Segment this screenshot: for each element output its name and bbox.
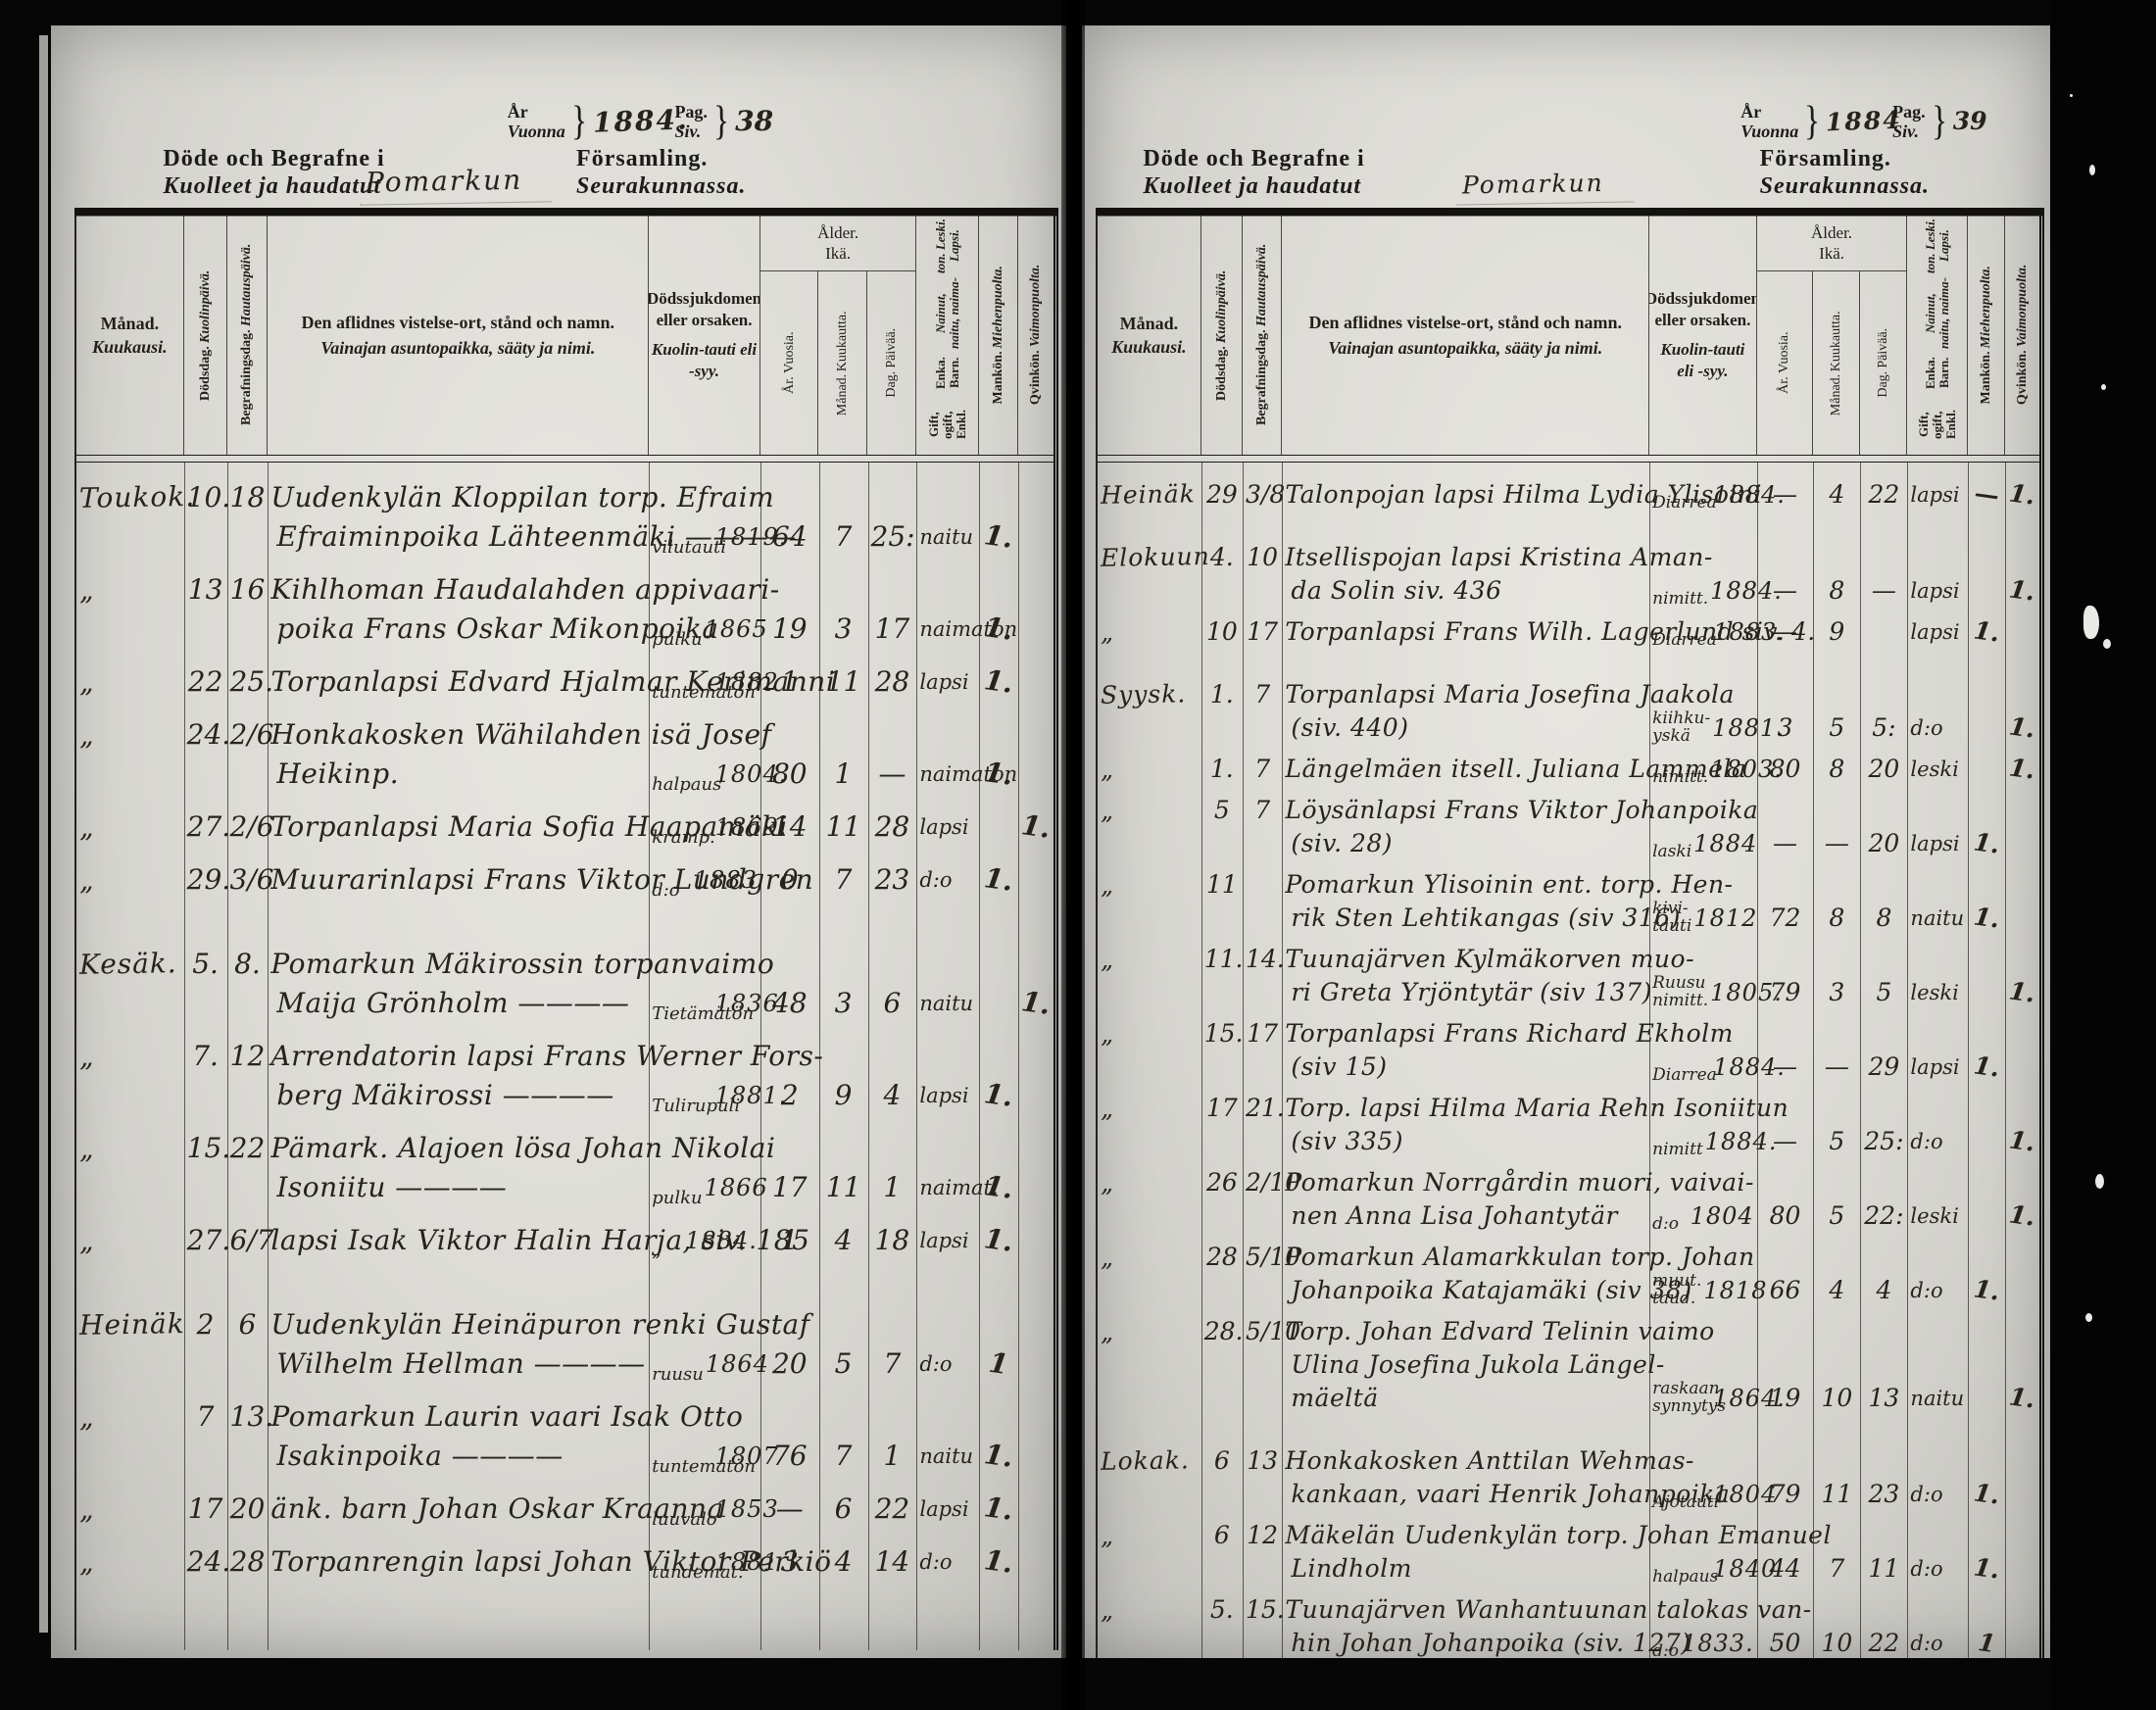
civil-status: naitu — [1907, 1382, 1968, 1415]
male-tally: 1 — [1966, 1624, 2008, 1658]
name-line: Tuunajärven Wanhantuunan talokas van- — [1285, 1593, 1646, 1627]
row-month: „ — [1098, 942, 1201, 977]
film-edge — [2050, 0, 2156, 1710]
row-burial-day: 10 — [1243, 541, 1282, 574]
status-fi-2: ton. Leski. Lapsi. — [934, 218, 961, 274]
register-row: „24.28Torpanrengin lapsi Johan Viktor Pe… — [76, 1542, 1053, 1582]
name-line: nen Anna Lisa Johantytär — [1291, 1199, 1646, 1233]
row-cause-cell: nimitt1884. — [1649, 1125, 1757, 1158]
row-name: Pomarkun Norrgårdin muori, vaivai-nen An… — [1282, 1166, 1649, 1233]
cause-of-death: tuntematön — [652, 1457, 712, 1476]
col-age-years: År.Vuosia. — [1757, 271, 1813, 455]
register-row: „1721.Torp. lapsi Hilma Maria Rehn Isoni… — [1098, 1092, 2039, 1158]
civil-status: d:o — [1907, 1627, 1968, 1658]
age-years: 20 — [760, 1344, 819, 1384]
col-month-sv: Månad. — [1120, 312, 1179, 335]
cause-of-death: Diarrea — [1652, 631, 1711, 649]
col-civil-status: Gift, ogift, Enkl. Enka. Barn. Nainut, n… — [916, 216, 979, 455]
row-name: Torpanlapsi Maria Josefina Jaakola(siv. … — [1282, 678, 1649, 745]
row-burial-day: 8. — [227, 945, 269, 984]
col-month: Månad. Kuukausi. — [76, 216, 184, 455]
civil-status: d:o — [916, 1542, 979, 1582]
row-name: Torpanlapsi Edvard Hjalmar Kerimanni — [268, 662, 649, 702]
col-death-day-fi: Kuolinpäivä. — [198, 270, 213, 343]
row-month: „ — [76, 661, 184, 703]
civil-status: leski — [1907, 753, 1968, 786]
register-row: Kesäk.5.8.Pomarkun Mäkirossin torpanvaim… — [76, 945, 1053, 1023]
age-months: 5 — [819, 1344, 868, 1384]
age-years: — — [1757, 1125, 1814, 1158]
age-years: 1 — [760, 1221, 819, 1260]
row-cause-cell: halpaus1804. — [649, 755, 760, 794]
register-table: Månad. Kuukausi. Dödsdag.Kuolinpäivä. Be… — [1096, 216, 2044, 1658]
age-months: 11 — [819, 807, 868, 847]
row-name: Pomarkun Alamarkkulan torp. JohanJohanpo… — [1282, 1241, 1649, 1307]
row-month: „ — [1098, 1314, 1201, 1349]
parish-suffix-sv: Församling. — [1760, 145, 1930, 172]
year-label-sv: År — [508, 102, 565, 122]
title-fi: Kuolleet ja haudatut — [163, 172, 384, 200]
age-days: 29 — [1860, 1050, 1907, 1084]
row-month: Lokak. — [1098, 1443, 1201, 1479]
row-name: Talonpojan lapsi Hilma Lydia Ylisoini — [1282, 478, 1649, 512]
birth-year: 1883 — [694, 860, 758, 900]
col-name: Den aflidnes vistelse-ort, stånd och nam… — [1282, 216, 1649, 455]
name-line: Torpanlapsi Frans Richard Ekholm — [1285, 1017, 1646, 1050]
row-name: Itsellispojan lapsi Kristina Aman-da Sol… — [1282, 541, 1649, 608]
male-tally: 1 — [977, 1342, 1021, 1386]
col-death-day-sv: Dödsdag. — [1214, 346, 1229, 401]
row-cause-cell: ruusu1864 — [649, 1344, 760, 1384]
age-months: 7 — [819, 860, 868, 900]
male-tally: 1. — [1966, 1048, 2008, 1086]
brace-glyph: } — [713, 102, 729, 141]
year-value: 1884 — [1826, 104, 1903, 140]
cause-of-death: kivi- tauti — [1652, 900, 1691, 935]
female-tally: 1. — [2003, 974, 2039, 1011]
male-tally — [979, 1020, 1017, 1026]
register-row: „1720änk. barn Johan Oskar Kraannaluuval… — [76, 1490, 1053, 1529]
row-name: Pomarkun Ylisoinin ent. torp. Hen-rik St… — [1282, 868, 1649, 935]
row-name: Pämark. Alajoen lösa Johan NikolaiIsonii… — [268, 1129, 649, 1207]
civil-status: lapsi — [916, 1490, 979, 1529]
age-years: 17 — [760, 1168, 819, 1207]
female-tally — [1018, 1474, 1053, 1479]
civil-status: lapsi — [1907, 478, 1968, 512]
age-days: 28 — [868, 807, 917, 847]
age-months: — — [1813, 827, 1860, 860]
name-line: Honkakosken Anttilan Wehmas- — [1285, 1444, 1646, 1478]
male-tally: 1. — [977, 660, 1021, 704]
age-months: 8 — [1813, 574, 1860, 608]
age-months: 5 — [1813, 1199, 1860, 1233]
title-row: Döde och Begrafne i Kuolleet ja haudatut… — [1096, 145, 2044, 206]
row-burial-day: 20 — [227, 1490, 269, 1529]
cause-of-death: ruusu — [652, 1365, 704, 1384]
name-line: rik Sten Lehtikangas (siv 316) — [1291, 902, 1646, 935]
age-months: 3 — [1813, 976, 1860, 1009]
row-burial-day: 14. — [1243, 943, 1282, 976]
name-line: Torpanlapsi Maria Josefina Jaakola — [1285, 678, 1646, 711]
parish-suffix: Församling. Seurakunnassa. — [576, 145, 746, 200]
row-cause-cell: d:o1883 — [649, 860, 760, 900]
col-male-sv: Mankön. — [991, 352, 1005, 405]
male-tally: 1. — [1966, 612, 2008, 651]
age-days: 18 — [868, 1221, 917, 1260]
row-cause-cell: Diarrea1884. — [1649, 478, 1757, 512]
name-line: Itsellispojan lapsi Kristina Aman- — [1285, 541, 1646, 574]
parish-suffix-sv: Församling. — [576, 145, 746, 172]
age-days: 22 — [1860, 1627, 1907, 1658]
age-days: 1 — [868, 1168, 917, 1207]
register-row: Elokuun4.10Itsellispojan lapsi Kristina … — [1098, 541, 2039, 608]
age-days: — — [1860, 574, 1907, 608]
row-cause-cell: luuvalo1853 — [649, 1490, 760, 1529]
cause-of-death: raskaan synnytys — [1652, 1380, 1711, 1415]
table-header: Månad. Kuukausi. Dödsdag.Kuolinpäivä. Be… — [76, 216, 1053, 455]
row-burial-day: 17 — [1243, 615, 1282, 649]
row-name: Längelmäen itsell. Juliana Lammela — [1282, 753, 1649, 786]
age-years: 19 — [760, 610, 819, 649]
col-age-days: Dag.Päivää. — [867, 271, 916, 455]
row-name: Tuunajärven Wanhantuunan talokas van-hin… — [1282, 1593, 1649, 1658]
page-gutter — [1061, 0, 1085, 1710]
col-month-sv: Månad. — [101, 312, 160, 335]
male-tally: — — [1966, 475, 2008, 513]
name-line: Pomarkun Laurin vaari Isak Otto — [270, 1397, 646, 1437]
name-line: Pämark. Alajoen lösa Johan Nikolai — [270, 1129, 646, 1168]
age-months: 7 — [1813, 1552, 1860, 1586]
age-months: 1 — [819, 755, 868, 794]
row-month: Heinäk — [76, 1304, 184, 1345]
name-line: ri Greta Yrjöntytär (siv 137) — [1291, 976, 1646, 1009]
page-label-fi: Siv. — [674, 122, 708, 141]
page-label-sv: Pag. — [1892, 102, 1926, 122]
col-cause-fi: Kuolin-tauti eli -syy. — [651, 339, 758, 382]
row-name: Honkakosken Anttilan Wehmas-kankaan, vaa… — [1282, 1444, 1649, 1511]
cause-of-death: pulku — [652, 1189, 702, 1207]
row-name: Arrendatorin lapsi Frans Werner Fors-ber… — [268, 1037, 649, 1115]
title-fi: Kuolleet ja haudatut — [1143, 172, 1364, 200]
row-month: Syysk. — [1098, 677, 1201, 712]
row-cause-cell: tuntematon1882 — [649, 662, 760, 702]
row-burial-day: 3/6 — [227, 860, 269, 900]
age-years: 3 — [1757, 711, 1814, 745]
name-line: Isakinpoika ———— — [276, 1437, 646, 1476]
col-female-sv: Qvinkön. — [2015, 351, 2030, 406]
name-line: Löysänlapsi Frans Viktor Johanpoika — [1285, 794, 1646, 827]
row-burial-day: 25. — [227, 662, 269, 702]
year-label-fi: Vuonna — [1740, 122, 1798, 141]
age-days: 25: — [1860, 1125, 1907, 1158]
col-cause-sv: Dödssjukdomen eller orsaken. — [1649, 288, 1757, 331]
row-month: „ — [1098, 752, 1201, 787]
age-label-sv: Ålder. — [1811, 222, 1852, 243]
age-months: — — [1813, 1050, 1860, 1084]
birth-year: 1833. — [1682, 1627, 1754, 1658]
row-cause-cell: muut. taud.1818 — [1649, 1272, 1757, 1307]
age-subcolumns: År.Vuosia. Månad.Kuukautta. Dag.Päivää. — [1757, 271, 1907, 455]
cause-of-death: tundemat. — [652, 1563, 712, 1582]
female-tally — [1018, 1258, 1053, 1263]
name-line: Torpanrengin lapsi Johan Viktor Perkiö — [270, 1542, 646, 1582]
row-name: Torpanlapsi Frans Richard Ekholm(siv 15) — [1282, 1017, 1649, 1084]
female-tally — [1018, 1113, 1053, 1118]
row-name: Torpanlapsi Frans Wilh. Lagerlund siv. 4… — [1282, 615, 1649, 649]
age-months-fi: Kuukautta. — [835, 311, 850, 371]
cause-of-death: Ruusu nimitt. — [1652, 974, 1708, 1009]
name-line: mäeltä — [1291, 1382, 1646, 1415]
register-row: „262/10Pomarkun Norrgårdin muori, vaivai… — [1098, 1166, 2039, 1233]
row-month: „ — [76, 1489, 184, 1530]
civil-status: d:o — [1907, 711, 1968, 745]
age-months: 11 — [819, 662, 868, 702]
row-death-day: 28. — [1201, 1315, 1243, 1348]
row-burial-day: 12 — [227, 1037, 269, 1076]
name-line: Talonpojan lapsi Hilma Lydia Ylisoini — [1285, 478, 1646, 512]
civil-status: lapsi — [916, 1221, 979, 1260]
name-line: Tuunajärven Kylmäkorven muo- — [1285, 943, 1646, 976]
row-burial-day: 13 — [1243, 1444, 1282, 1478]
male-tally: 1. — [977, 1073, 1021, 1117]
age-months: 6 — [819, 1490, 868, 1529]
age-days: 11 — [1860, 1552, 1907, 1586]
name-line: (siv 335) — [1291, 1125, 1646, 1158]
male-tally: 1. — [977, 514, 1021, 559]
civil-status: d:o — [916, 1344, 979, 1384]
age-months-fi: Kuukautta. — [1829, 311, 1843, 371]
row-burial-day: 5/10 — [1243, 1241, 1282, 1274]
row-name: Kihlhoman Haudalahden appivaari-poika Fr… — [268, 570, 649, 649]
female-tally — [1018, 1205, 1053, 1210]
female-tally — [2006, 933, 2039, 938]
col-month: Månad. Kuukausi. — [1098, 216, 1201, 455]
age-years: 79 — [1757, 1478, 1814, 1511]
age-years: 3 — [760, 1542, 819, 1582]
row-burial-day: 13. — [227, 1397, 269, 1437]
year-labels: År Vuonna — [1740, 102, 1798, 141]
col-month-fi: Kuukausi. — [1111, 335, 1187, 359]
civil-status: lapsi — [1907, 827, 1968, 860]
age-years-fi: Vuosia. — [782, 332, 797, 373]
status-fi-1: Nainut, naitu, naima- — [1924, 277, 1951, 350]
row-death-day: 2 — [184, 1305, 227, 1344]
name-line: Ulina Josefina Jukola Längel- — [1291, 1348, 1646, 1382]
register-row: Lokak.613Honkakosken Anttilan Wehmas-kan… — [1098, 1444, 2039, 1511]
birth-year: 1812 — [1693, 902, 1757, 935]
col-cause-sv: Dödssjukdomen eller orsaken. — [649, 288, 760, 331]
age-months: 9 — [1813, 615, 1860, 649]
male-tally — [1968, 1412, 2005, 1417]
row-death-day: 15. — [184, 1129, 227, 1168]
male-tally: 1. — [1966, 1271, 2008, 1309]
cause-of-death: Diarrea — [1652, 1066, 1711, 1084]
row-month: „ — [1098, 1240, 1201, 1275]
age-months-sv: Månad. — [835, 374, 850, 415]
age-months: 7 — [819, 517, 868, 557]
female-tally — [1018, 792, 1053, 797]
age-days: 4 — [868, 1076, 917, 1115]
page-number-labels: Pag. Siv. — [1892, 102, 1926, 141]
age-years: 76 — [760, 1437, 819, 1476]
male-tally: 1. — [977, 1487, 1021, 1531]
female-tally — [2006, 1509, 2039, 1514]
page-right: År Vuonna } 1884 Pag. Siv. } 39 Döde och… — [1082, 25, 2054, 1658]
civil-status: lapsi — [916, 1076, 979, 1115]
civil-status: naitu — [916, 517, 979, 557]
male-tally: 1. — [977, 1539, 1021, 1584]
male-tally — [1968, 1230, 2005, 1235]
row-month: Kesäk. — [76, 944, 184, 985]
cause-of-death: nimitt. — [1652, 590, 1708, 608]
row-month: „ — [1098, 1165, 1201, 1200]
header-body-divider — [1098, 455, 2039, 463]
male-tally: 1. — [977, 857, 1021, 902]
name-line: Kihlhoman Haudalahden appivaari- — [270, 570, 646, 610]
female-tally: 1. — [2003, 1380, 2039, 1417]
col-cause: Dödssjukdomen eller orsaken. Kuolin-taut… — [649, 216, 760, 455]
row-name: lapsi Isak Viktor Halin Harja, siv. 185 — [268, 1221, 649, 1260]
name-line: poika Frans Oskar Mikonpoika — [276, 610, 646, 649]
age-years: 64 — [760, 517, 819, 557]
col-civil-status: Gift, ogift, Enkl. Enka. Barn. Nainut, n… — [1907, 216, 1968, 455]
age-days: 13 — [1860, 1382, 1907, 1415]
col-cause-fi: Kuolin-tauti eli -syy. — [1651, 339, 1754, 382]
status-sv-2: Enka. Barn. — [1924, 353, 1951, 394]
birth-year: 1866 — [705, 1168, 768, 1207]
brace-glyph: } — [1932, 102, 1947, 141]
row-burial-day: 12 — [1243, 1519, 1282, 1552]
col-age-months: Månad.Kuukautta. — [1813, 271, 1860, 455]
civil-status: lapsi — [916, 807, 979, 847]
cause-of-death: Tulirupuli — [652, 1097, 712, 1115]
age-years: — — [1757, 827, 1814, 860]
row-burial-day: 28 — [227, 1542, 269, 1582]
row-name: Muurarinlapsi Frans Viktor Lundgren — [268, 860, 649, 900]
age-days: 25: — [868, 517, 917, 557]
age-years-sv: År. — [782, 376, 797, 394]
age-months: 4 — [1813, 478, 1860, 512]
row-name: Uudenkylän Kloppilan torp. EfraimEfraimi… — [268, 478, 649, 557]
name-line: Maija Grönholm ———— — [276, 984, 646, 1023]
civil-status: d:o — [1907, 1478, 1968, 1511]
age-months: 10 — [1813, 1382, 1860, 1415]
male-tally — [979, 844, 1017, 850]
female-tally — [1018, 555, 1053, 560]
female-tally — [1018, 1382, 1053, 1387]
age-years: — — [1757, 478, 1814, 512]
age-months: 8 — [1813, 902, 1860, 935]
name-line: Uudenkylän Kloppilan torp. Efraim — [270, 478, 646, 517]
register-row: „11Pomarkun Ylisoinin ent. torp. Hen-rik… — [1098, 868, 2039, 935]
col-burial-day-sv: Begrafningsdag. — [1254, 330, 1269, 426]
row-death-day: 7 — [184, 1397, 227, 1437]
age-label-fi: Ikä. — [1819, 243, 1844, 264]
header-body-divider — [76, 455, 1053, 463]
cause-of-death: halpaus — [652, 775, 712, 794]
name-line: Torp. lapsi Hilma Maria Rehn Isoniitun — [1285, 1092, 1646, 1125]
age-years: 80 — [760, 755, 819, 794]
cause-of-death: laski — [1652, 843, 1691, 860]
row-cause-cell: kiihku- yskä1881. — [1649, 709, 1757, 745]
row-death-day: 29. — [184, 860, 227, 900]
year-labels: År Vuonna — [508, 102, 565, 141]
row-name: Mäkelän Uudenkylän torp. Johan EmanuelLi… — [1282, 1519, 1649, 1586]
row-death-day: 17 — [184, 1490, 227, 1529]
row-month: „ — [76, 714, 184, 756]
age-group-label: Ålder. Ikä. — [1757, 216, 1907, 271]
age-days: 7 — [868, 1344, 917, 1384]
age-days: 20 — [1860, 827, 1907, 860]
brace-glyph: } — [1804, 102, 1820, 141]
register-row: „15.22Pämark. Alajoen lösa Johan Nikolai… — [76, 1129, 1053, 1207]
age-months: 4 — [819, 1221, 868, 1260]
row-death-day: 22 — [184, 662, 227, 702]
register-row: „15.17Torpanlapsi Frans Richard Ekholm(s… — [1098, 1017, 2039, 1084]
birth-year: 1884. — [685, 1221, 758, 1260]
row-cause-cell: d:o1833. — [1649, 1627, 1757, 1658]
cause-of-death: kramp. — [652, 828, 712, 847]
row-month: Heinäk — [1098, 477, 1201, 513]
status-fi-1: Nainut, naitu, naima- — [934, 277, 961, 350]
register-photo: År Vuonna } 1884. Pag. Siv. } 38 Döde oc… — [0, 0, 2156, 1710]
col-month-fi: Kuukausi. — [92, 335, 168, 359]
row-cause-cell: vilutauti1819. — [649, 517, 760, 557]
male-tally: 1. — [1966, 1475, 2008, 1513]
female-tally — [2006, 1305, 2039, 1310]
cause-of-death: d:o — [1652, 1642, 1679, 1658]
row-burial-day: 7 — [1243, 678, 1282, 711]
year-block: År Vuonna } 1884 — [1740, 102, 1902, 141]
name-line: Pomarkun Mäkirossin torpanvaimo — [270, 945, 646, 984]
cause-of-death: d:o — [652, 881, 679, 900]
name-line: Torpanlapsi Frans Wilh. Lagerlund siv. 4… — [1285, 615, 1646, 649]
row-cause-cell: Ajotauti1804 — [1649, 1478, 1757, 1511]
year-block: År Vuonna } 1884. — [508, 102, 689, 141]
cause-of-death: vilutauti — [652, 538, 712, 557]
row-death-day: 1. — [1201, 753, 1243, 786]
civil-status: leski — [1907, 976, 1968, 1009]
col-death-day: Dödsdag.Kuolinpäivä. — [184, 216, 227, 455]
row-death-day: 11 — [1201, 868, 1243, 902]
row-death-day: 27. — [184, 807, 227, 847]
col-death-day: Dödsdag.Kuolinpäivä. — [1201, 216, 1243, 455]
row-death-day: 26 — [1201, 1166, 1243, 1199]
female-tally — [1018, 898, 1053, 903]
name-line: Mäkelän Uudenkylän torp. Johan Emanuel — [1285, 1519, 1646, 1552]
col-name-sv: Den aflidnes vistelse-ort, stånd och nam… — [302, 310, 615, 335]
female-tally — [1018, 1527, 1053, 1532]
header-rule — [74, 208, 1058, 216]
row-month: „ — [1098, 1518, 1201, 1553]
title-row: Döde och Begrafne i Kuolleet ja haudatut… — [74, 145, 1058, 206]
female-tally: 1. — [2003, 476, 2039, 513]
register-row: „27.2/6Torpanlapsi Maria Sofia Haapamäki… — [76, 807, 1053, 847]
row-month: „ — [1098, 793, 1201, 828]
age-group-label: Ålder. Ikä. — [760, 216, 916, 271]
age-years: 50 — [1757, 1627, 1814, 1658]
col-name: Den aflidnes vistelse-ort, stånd och nam… — [268, 216, 649, 455]
female-tally — [2006, 1082, 2039, 1087]
page-label-sv: Pag. — [674, 102, 708, 122]
name-line: Isoniitu ———— — [276, 1168, 646, 1207]
age-months: 5 — [1813, 711, 1860, 745]
civil-status: naitu — [916, 984, 979, 1023]
name-line: Johanpoika Katajamäki (siv 38) — [1291, 1274, 1646, 1307]
cause-of-death: pulku — [652, 630, 702, 649]
age-days-fi: Päivää. — [884, 328, 899, 368]
cause-of-death: d:o — [1652, 1215, 1679, 1233]
